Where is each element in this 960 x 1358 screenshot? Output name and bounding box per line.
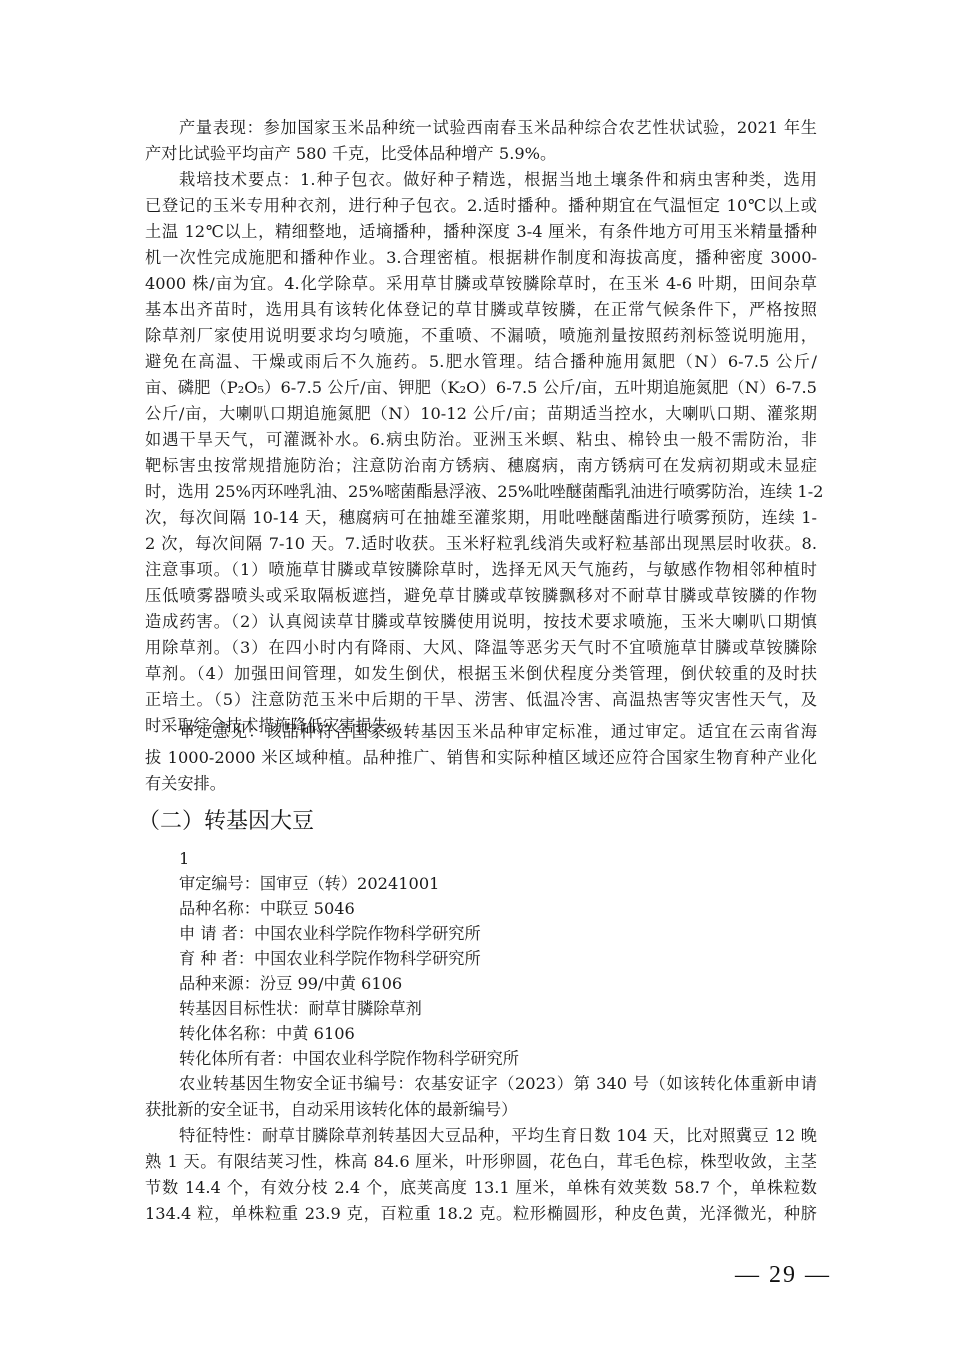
page-number: — 29 — (735, 1262, 831, 1289)
cultivation-paragraph-line: 次，每次间隔 10-14 天，穗腐病可在抽雄至灌浆期，用吡唑醚菌酯进行喷雾预防，… (145, 505, 817, 531)
cultivation-paragraph-line: 4000 株/亩为宜。4.化学除草。采用草甘膦或草铵膦除草时，在玉米 4-6 叶… (145, 271, 817, 297)
cultivation-paragraph-line: 基本出齐苗时，选用具有该转化体登记的草甘膦或草铵膦，在正常气候条件下，严格按照 (145, 297, 817, 323)
cultivation-paragraph-line: 草剂。（4）加强田间管理，如发生倒伏，根据玉米倒伏程度分类管理，倒伏较重的及时扶 (145, 661, 817, 687)
yield-paragraph-line: 产量表现：参加国家玉米品种统一试验西南春玉米品种综合农艺性状试验，2021 年生 (179, 115, 817, 141)
certificate-paragraph-line: 获批新的安全证书，自动采用该转化体的最新编号） (145, 1097, 817, 1123)
cultivation-paragraph-line: 已登记的玉米专用种衣剂，进行种子包衣。2.适时播种。播种期宜在气温恒定 10℃以… (145, 193, 817, 219)
item-number: 1 (179, 846, 189, 871)
cultivation-paragraph-line: 靶标害虫按常规措施防治；注意防治南方锈病、穗腐病，南方锈病可在发病初期或未显症 (145, 453, 817, 479)
cultivation-paragraph-line: 压低喷雾器喷头或采取隔板遮挡，避免草甘膦或草铵膦飘移对不耐草甘膦或草铵膦的作物 (145, 583, 817, 609)
field-variety-name: 品种名称：中联豆 5046 (179, 896, 355, 921)
field-transformant-owner: 转化体所有者：中国农业科学院作物科学研究所 (179, 1046, 519, 1071)
yield-paragraph-line: 产对比试验平均亩产 580 千克，比受体品种增产 5.9%。 (145, 141, 817, 167)
cultivation-paragraph-line: 时，选用 25%丙环唑乳油、25%嘧菌酯悬浮液、25%吡唑醚菌酯乳油进行喷雾防治… (145, 479, 817, 505)
field-breeder: 育 种 者：中国农业科学院作物科学研究所 (179, 946, 481, 971)
field-target-trait: 转基因目标性状：耐草甘膦除草剂 (179, 996, 422, 1021)
section-heading: （二）转基因大豆 (138, 806, 314, 838)
traits-paragraph-line: 特征特性：耐草甘膦除草剂转基因大豆品种，平均生育日数 104 天，比对照冀豆 1… (179, 1123, 817, 1149)
traits-paragraph-line: 134.4 粒，单株粒重 23.9 克，百粒重 18.2 克。粒形椭圆形，种皮色… (145, 1201, 817, 1227)
cultivation-paragraph-line: 正培土。（5）注意防范玉米中后期的干旱、涝害、低温冷害、高温热害等灾害性天气，及 (145, 687, 817, 713)
cultivation-paragraph-line: 避免在高温、干燥或雨后不久施药。5.肥水管理。结合播种施用氮肥（N）6-7.5 … (145, 349, 817, 375)
cultivation-paragraph-line: 公斤/亩，大喇叭口期追施氮肥（N）10-12 公斤/亩；苗期适当控水，大喇叭口期… (145, 401, 817, 427)
cultivation-paragraph-line: 如遇干旱天气，可灌溉补水。6.病虫防治。亚洲玉米螟、粘虫、棉铃虫一般不需防治，非 (145, 427, 817, 453)
approval-paragraph-line: 审定意见：该品种符合国家级转基因玉米品种审定标准，通过审定。适宜在云南省海 (179, 719, 817, 745)
cultivation-paragraph-line: 用除草剂。（3）在四小时内有降雨、大风、降温等恶劣天气时不宜喷施草甘膦或草铵膦除 (145, 635, 817, 661)
field-approval-number: 审定编号：国审豆（转）20241001 (179, 871, 439, 896)
certificate-paragraph-line: 农业转基因生物安全证书编号：农基安证字（2023）第 340 号（如该转化体重新… (179, 1071, 817, 1097)
field-variety-source: 品种来源：汾豆 99/中黄 6106 (179, 971, 402, 996)
cultivation-paragraph-line: 机一次性完成施肥和播种作业。3.合理密植。根据耕作制度和海拔高度，播种密度 30… (145, 245, 817, 271)
document-page: 产量表现：参加国家玉米品种统一试验西南春玉米品种综合农艺性状试验，2021 年生… (0, 0, 960, 1358)
cultivation-paragraph-line: 造成药害。（2）认真阅读草甘膦或草铵膦使用说明，按技术要求喷施，玉米大喇叭口期慎 (145, 609, 817, 635)
cultivation-paragraph-line: 栽培技术要点：1.种子包衣。做好种子精选，根据当地土壤条件和病虫害种类，选用 (179, 167, 817, 193)
traits-paragraph-line: 熟 1 天。有限结荚习性，株高 84.6 厘米，叶形卵圆，花色白，茸毛色棕，株型… (145, 1149, 817, 1175)
approval-paragraph-line: 有关安排。 (145, 771, 817, 797)
field-transformant-name: 转化体名称：中黄 6106 (179, 1021, 355, 1046)
field-applicant: 申 请 者：中国农业科学院作物科学研究所 (179, 921, 481, 946)
approval-paragraph-line: 拔 1000-2000 米区域种植。品种推广、销售和实际种植区域还应符合国家生物… (145, 745, 817, 771)
cultivation-paragraph-line: 2 次，每次间隔 7-10 天。7.适时收获。玉米籽粒乳线消失或籽粒基部出现黑层… (145, 531, 817, 557)
traits-paragraph-line: 节数 14.4 个，有效分枝 2.4 个，底荚高度 13.1 厘米，单株有效荚数… (145, 1175, 817, 1201)
cultivation-paragraph-line: 亩、磷肥（P₂O₅）6-7.5 公斤/亩、钾肥（K₂O）6-7.5 公斤/亩，五… (145, 375, 817, 401)
cultivation-paragraph-line: 除草剂厂家使用说明要求均匀喷施，不重喷、不漏喷，喷施剂量按照药剂标签说明施用， (145, 323, 817, 349)
cultivation-paragraph-line: 注意事项。（1）喷施草甘膦或草铵膦除草时，选择无风天气施药，与敏感作物相邻种植时 (145, 557, 817, 583)
cultivation-paragraph-line: 土温 12℃以上，精细整地，适墒播种，播种深度 3-4 厘米，有条件地方可用玉米… (145, 219, 817, 245)
